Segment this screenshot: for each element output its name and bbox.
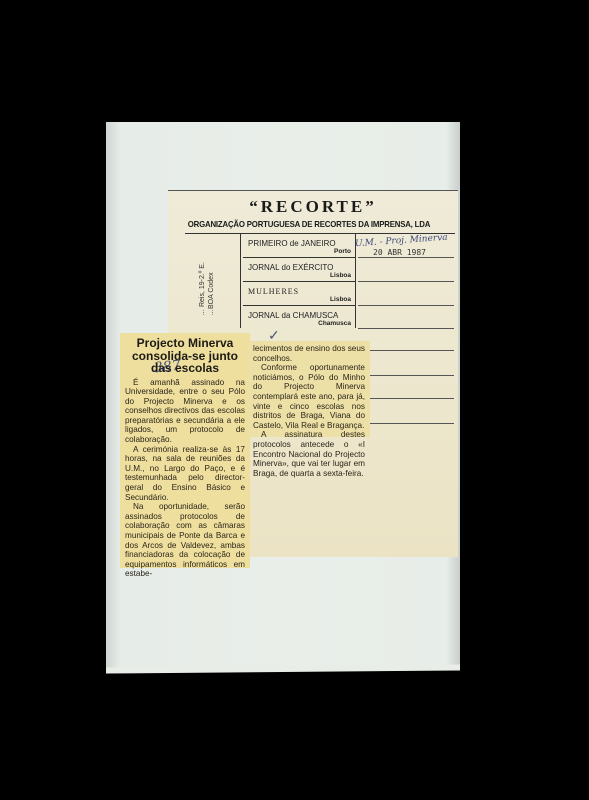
entry-line	[358, 398, 454, 399]
address-line: … Reis, 19-2.º E.	[198, 262, 207, 316]
entry-line	[358, 281, 454, 282]
entry-line	[358, 350, 454, 351]
paragraph: Conforme oportunamente noticiámos, o Pól…	[253, 363, 365, 430]
paragraph: Na oportunidade, serão assinados protoco…	[125, 502, 245, 579]
newspaper-name: JORNAL da CHAMUSCA	[248, 311, 338, 320]
newspaper-name: JORNAL do EXÉRCITO	[248, 263, 333, 272]
newspaper-name: MULHERES	[248, 287, 299, 296]
clipping-headline: Projecto Minerva consolida-se junto das …	[126, 337, 244, 375]
paragraph: A cerimónia realiza-se às 17 horas, na s…	[125, 445, 245, 503]
date-stamp: 20 ABR 1987	[373, 248, 426, 257]
news-clipping-column-2: ✓ lecimentos de ensino dos seus concelho…	[248, 341, 370, 437]
check-mark-icon: ✓	[268, 331, 280, 341]
brand-title: “RECORTE”	[168, 197, 458, 217]
paragraph: É amanhã assinado na Universidade, entre…	[125, 378, 245, 445]
divider	[185, 233, 455, 234]
paragraph: lecimentos de ensino dos seus concelhos.	[253, 344, 365, 363]
entry-line	[358, 423, 454, 424]
newspaper-city: Chamusca	[318, 320, 351, 327]
entry-line	[358, 375, 454, 376]
address: … Reis, 19-2.º E. …BOA Codex	[198, 262, 216, 316]
handwritten-annotation: 387	[154, 362, 182, 374]
newspaper-name: PRIMEIRO de JANEIRO	[248, 239, 336, 248]
newspaper-city: Lisboa	[330, 272, 351, 279]
brand-subtitle: ORGANIZAÇÃO PORTUGUESA DE RECORTES DA IM…	[182, 219, 436, 229]
news-clipping-column-1: Projecto Minerva consolida-se junto das …	[120, 333, 250, 568]
entry-line	[358, 328, 454, 329]
handwritten-note: U.M. - Proj. Minerva	[355, 233, 448, 249]
newspaper-entry: MULHERES Lisboa	[243, 283, 355, 306]
newspaper-entry: JORNAL da CHAMUSCA Chamusca	[243, 307, 355, 329]
newspaper-entry: JORNAL do EXÉRCITO Lisboa	[243, 259, 355, 282]
divider	[240, 233, 241, 328]
newspaper-city: Porto	[334, 248, 351, 255]
entry-line	[358, 257, 454, 258]
clipping-body: lecimentos de ensino dos seus concelhos.…	[253, 344, 365, 478]
entry-line	[358, 305, 454, 306]
newspaper-entry: PRIMEIRO de JANEIRO Porto	[243, 235, 355, 258]
clipping-body: É amanhã assinado na Universidade, entre…	[125, 378, 245, 579]
newspaper-city: Lisboa	[330, 296, 351, 303]
paragraph: A assinatura destes protocolos antecede …	[253, 430, 365, 478]
address-line: …BOA Codex	[207, 262, 216, 316]
